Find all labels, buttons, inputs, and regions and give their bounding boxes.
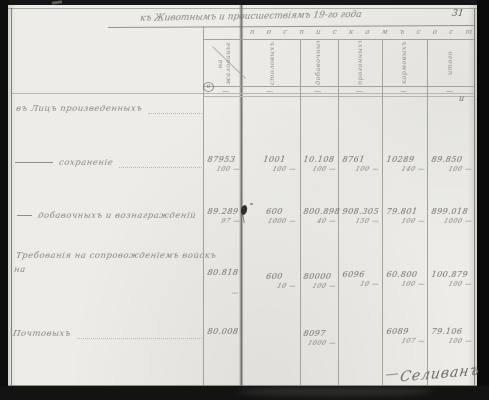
cell-r2c3-main: 800.898 — [303, 207, 338, 216]
cell-r2c2-main: 600 — [251, 207, 298, 216]
cell-r3c4-main: 6096 — [342, 270, 381, 279]
row-label-4b-text: на — [13, 265, 26, 275]
ink-blot-dot — [250, 203, 253, 205]
cell-r3c5-main: 60.800 — [386, 270, 427, 279]
cell-r2c4: 908.305 150 — — [339, 207, 381, 237]
cell-r1c4-main: 8761 — [342, 155, 381, 164]
row-label-1: въ Лицъ произведенныхъ — [16, 104, 202, 114]
cell-r1c5-main: 10289 — [386, 155, 427, 164]
cell-r1c5: 10289 140 — — [383, 155, 427, 185]
column-header-6: итого — [446, 41, 454, 86]
row-label-2: сохраненіе — [15, 158, 202, 168]
row-label-1-text: въ Лицъ произведенныхъ — [15, 104, 143, 114]
grid-hline-groupband — [203, 39, 475, 40]
cell-r4c6-sub: 100 — — [429, 337, 473, 345]
subrow-dash-1: — — [222, 87, 229, 95]
cell-r3c2: 600 10 — — [248, 272, 298, 302]
cell-r3c1: 80.818 — — [204, 268, 242, 298]
row-label-5-leader — [77, 337, 202, 339]
column-group-header: п о с п и с к а м ъ с о с т о и т ъ — [249, 28, 472, 36]
cell-r4c1-main: 80.008 — [207, 327, 242, 336]
cell-r4c5-main: 6089 — [386, 327, 427, 336]
cell-r2c5-sub: 100 — — [384, 217, 426, 225]
cell-r3c1-main: 80.818 — [207, 268, 242, 277]
cell-r3c5-sub: 100 — — [384, 280, 426, 288]
cell-r3c3-sub: 100 — — [301, 282, 337, 290]
page-number: 31 — [451, 9, 464, 19]
grid-hline-subrow-double — [203, 96, 475, 97]
top-page-edge — [8, 8, 477, 9]
cell-r4c3-sub: 1000 — — [301, 339, 337, 347]
cell-r3c3-main: 80000 — [303, 272, 338, 281]
column-header-3: добавочныхъ — [314, 41, 322, 86]
row-label-5: Почтовыхъ — [13, 329, 202, 339]
cell-r2c6-sub: 1000 — — [429, 217, 473, 225]
grid-vline-right-margin — [474, 9, 475, 385]
cell-r1c1-sub: 100 — — [205, 165, 241, 173]
cell-r3c1-sub: — — [203, 289, 239, 297]
backdrop-smudge — [238, 387, 433, 396]
row-label-4: Требованія на сопровожденіемъ войскъ — [16, 251, 202, 261]
cell-r1c2: 1001 100 — — [248, 155, 298, 185]
cell-r4c6-main: 79.106 — [431, 327, 474, 336]
row-label-2-dash — [15, 162, 53, 164]
cell-r2c3: 800.898 40 — — [300, 207, 338, 237]
cell-r3c3: 80000 100 — — [300, 272, 338, 302]
grid-vline-col2 — [300, 39, 301, 385]
subrow-dash-2: — — [266, 87, 273, 95]
cell-r3c6: 100.879 100 — — [428, 270, 474, 300]
cell-r3c2-sub: 10 — — [249, 282, 297, 290]
cell-r1c2-sub: 100 — — [249, 165, 297, 173]
cell-r1c3-sub: 100 — — [301, 165, 337, 173]
cell-r4c3-main: 8097 — [303, 329, 338, 338]
grid-vline-col1 — [203, 26, 204, 385]
grid-vline-col4 — [382, 39, 383, 385]
subrow-dash-4: — — [356, 87, 363, 95]
subrow-dash-3: — — [314, 87, 321, 95]
row-label-1-leader — [148, 112, 202, 114]
cell-r2c1: 89.289 97 — — [204, 207, 242, 237]
header-corner-mark: о — [203, 82, 214, 92]
cell-r3c4: 6096 10 — — [339, 270, 381, 300]
cell-r4c3: 8097 1000 — — [300, 329, 338, 359]
cell-r2c1-main: 89.289 — [207, 207, 242, 216]
scanned-ledger-page: къ Животнымъ и происшествіямъ 19-го года… — [0, 0, 489, 400]
cell-r1c6-main: 89.850 — [431, 155, 474, 164]
grid-hline-headerband — [203, 86, 475, 87]
cell-r2c4-sub: 150 — — [340, 217, 380, 225]
cell-r3c5: 60.800 100 — — [383, 270, 427, 300]
row-label-4-text: Требованія на сопровожденіемъ войскъ — [15, 251, 217, 261]
backdrop-right — [477, 0, 489, 400]
cell-r2c6: 899.018 1000 — — [428, 207, 474, 237]
cell-r1c3: 10.108 100 — — [300, 155, 338, 185]
cell-r4c6: 79.106 100 — — [428, 327, 474, 357]
bottom-page-edge — [8, 385, 477, 386]
cell-r3c4-sub: 10 — — [340, 280, 380, 288]
cell-r4c2 — [248, 329, 298, 359]
cell-r1c5-sub: 140 — — [384, 165, 426, 173]
cell-r2c6-main: 899.018 — [431, 207, 474, 216]
cell-r2c2: 600 1000 — — [248, 207, 298, 237]
cell-r1c2-main: 1001 — [251, 155, 298, 164]
subrow-dash-6: — — [446, 87, 453, 95]
column-header-4: прогонныхъ — [356, 41, 364, 86]
row-label-2-text: сохраненіе — [58, 158, 114, 168]
cell-r3c6-main: 100.879 — [431, 270, 474, 279]
cell-r2c1-sub: 97 — — [205, 217, 241, 225]
cell-r2c4-main: 908.305 — [342, 207, 381, 216]
cell-r1c4-sub: 100 — — [340, 165, 380, 173]
cell-r2c2-sub: 1000 — — [249, 217, 297, 225]
cell-r4c4 — [339, 329, 381, 359]
cell-r2c5: 79.801 100 — — [383, 207, 427, 237]
cell-r4c1: 80.008 — [204, 327, 242, 357]
column-header-2: столовыхъ — [268, 41, 276, 86]
row-label-2-leader — [119, 166, 202, 168]
cell-r2c3-sub: 40 — — [301, 217, 337, 225]
row-label-5-text: Почтовыхъ — [12, 329, 71, 339]
column-header-5: кормовыхъ — [400, 41, 408, 86]
cell-r3c2-main: 600 — [251, 272, 298, 281]
row-label-3-dash — [17, 215, 32, 217]
subrow-dash-5: — — [400, 87, 407, 95]
cell-r2c5-main: 79.801 — [386, 207, 427, 216]
row-label-3-text: добавочныхъ и вознагражденій — [37, 211, 196, 221]
cell-r1c4: 8761 100 — — [339, 155, 381, 185]
cell-r4c5-sub: 107 — — [384, 337, 426, 345]
cell-r1c6: 89.850 100 — — [428, 155, 474, 185]
cell-r1c1: 87953 100 — — [204, 155, 242, 185]
cell-r1c6-sub: 100 — — [429, 165, 473, 173]
grid-vline-col5 — [427, 39, 428, 385]
row-label-3: добавочныхъ и вознагражденій — [17, 211, 202, 221]
cell-r4c5: 6089 107 — — [383, 327, 427, 357]
left-page-edge — [11, 8, 12, 385]
cell-r1c1-main: 87953 — [207, 155, 242, 164]
cell-r1c3-main: 10.108 — [303, 155, 338, 164]
cell-r3c6-sub: 100 — — [429, 280, 473, 288]
